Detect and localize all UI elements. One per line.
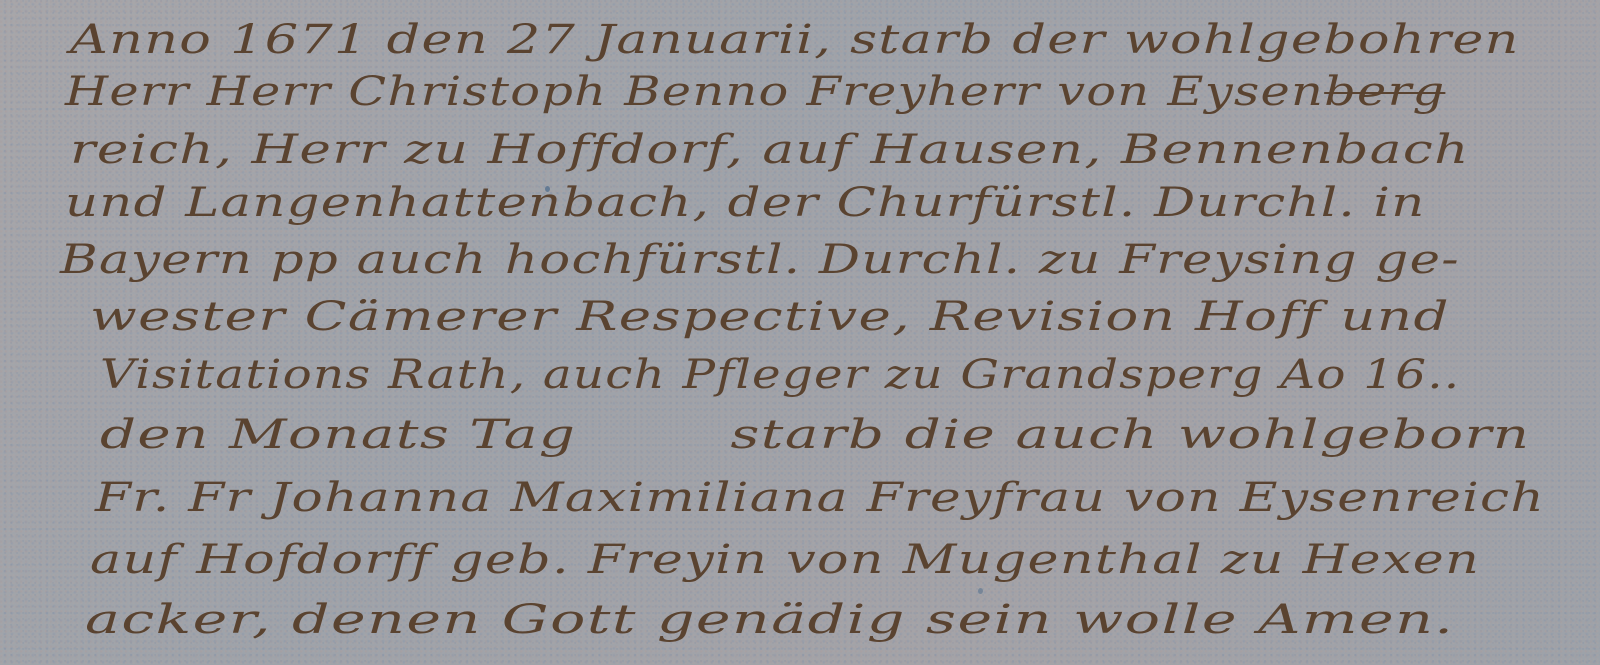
manuscript-page: Anno 1671 den 27 Januarii, starb der woh…: [0, 0, 1600, 665]
manuscript-line-4: und Langenhattenbach, der Churfürstl. Du…: [65, 183, 1426, 223]
manuscript-line-1: Anno 1671 den 27 Januarii, starb der woh…: [70, 20, 1520, 60]
manuscript-line-11: acker, denen Gott genädig sein wolle Ame…: [85, 600, 1454, 640]
struck-through-word: berg: [1324, 69, 1445, 115]
manuscript-line-2: Herr Herr Christoph Benno Freyherr von E…: [65, 72, 1445, 112]
manuscript-line-5: Bayern pp auch hochfürstl. Durchl. zu Fr…: [60, 240, 1460, 280]
manuscript-line-8: den Monats Tag starb die auch wohlgeborn: [100, 415, 1530, 455]
ink-spot: [545, 186, 550, 192]
manuscript-line-9: Fr. Fr Johanna Maximiliana Freyfrau von …: [95, 478, 1545, 518]
manuscript-line-3: reich, Herr zu Hoffdorf, auf Hausen, Ben…: [70, 130, 1470, 170]
manuscript-line-6: wester Cämerer Respective, Revision Hoff…: [90, 297, 1450, 337]
manuscript-line-7: Visitations Rath, auch Pfleger zu Grands…: [100, 355, 1460, 395]
manuscript-line-10: auf Hofdorff geb. Freyin von Mugenthal z…: [90, 540, 1480, 580]
ink-spot: [978, 588, 983, 594]
